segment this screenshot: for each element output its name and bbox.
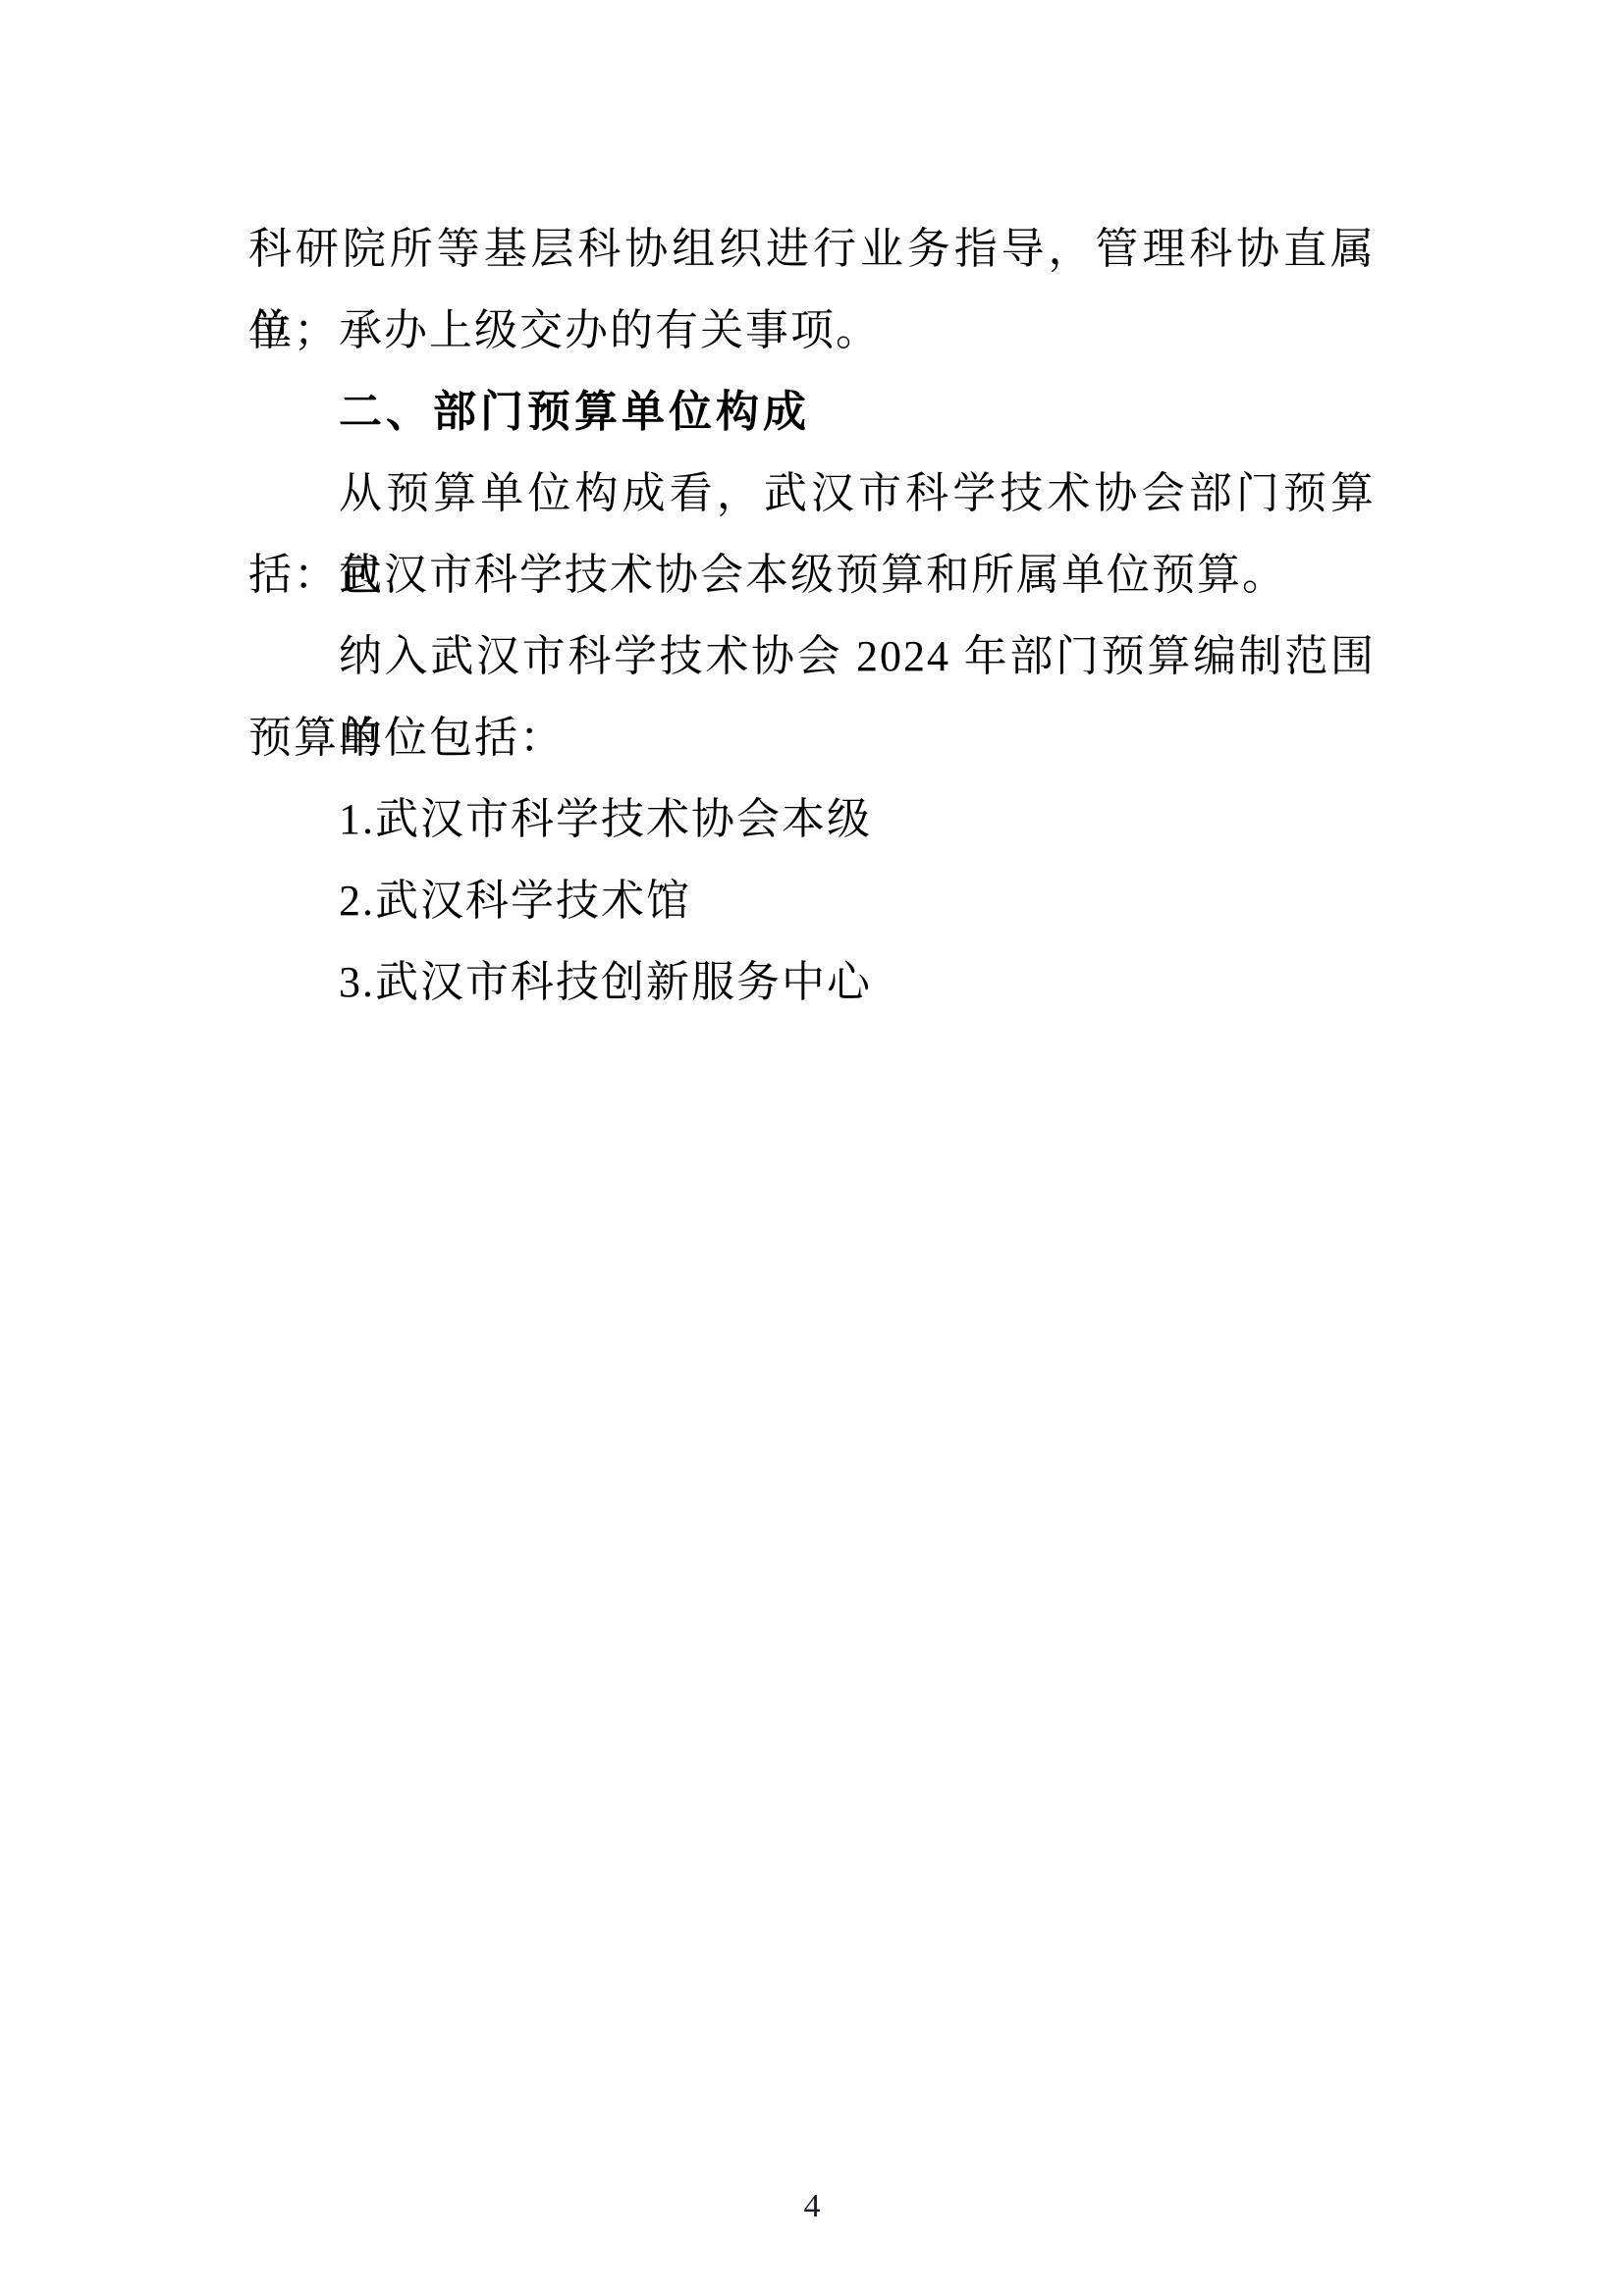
body-text-line: 位；承办上级交办的有关事项。 xyxy=(248,290,1376,371)
list-item-1: 1.武汉市科学技术协会本级 xyxy=(248,778,1376,860)
list-item-3: 3.武汉市科技创新服务中心 xyxy=(248,941,1376,1023)
document-page: 科研院所等基层科协组织进行业务指导，管理科协直属单 位；承办上级交办的有关事项。… xyxy=(0,0,1624,2296)
body-text-line: 括：武汉市科学技术协会本级预算和所属单位预算。 xyxy=(248,534,1376,615)
body-text-line: 从预算单位构成看，武汉市科学技术协会部门预算包 xyxy=(248,453,1376,534)
body-text-line-continuation: 科研院所等基层科协组织进行业务指导，管理科协直属单 xyxy=(248,208,1376,290)
body-text-line: 纳入武汉市科学技术协会 2024 年部门预算编制范围的 xyxy=(248,615,1376,697)
text-block: 科研院所等基层科协组织进行业务指导，管理科协直属单 位；承办上级交办的有关事项。… xyxy=(248,208,1376,1023)
body-text-line: 预算单位包括： xyxy=(248,697,1376,778)
page-number: 4 xyxy=(0,2187,1624,2226)
section-heading: 二、部门预算单位构成 xyxy=(248,371,1376,453)
list-item-2: 2.武汉科学技术馆 xyxy=(248,860,1376,941)
